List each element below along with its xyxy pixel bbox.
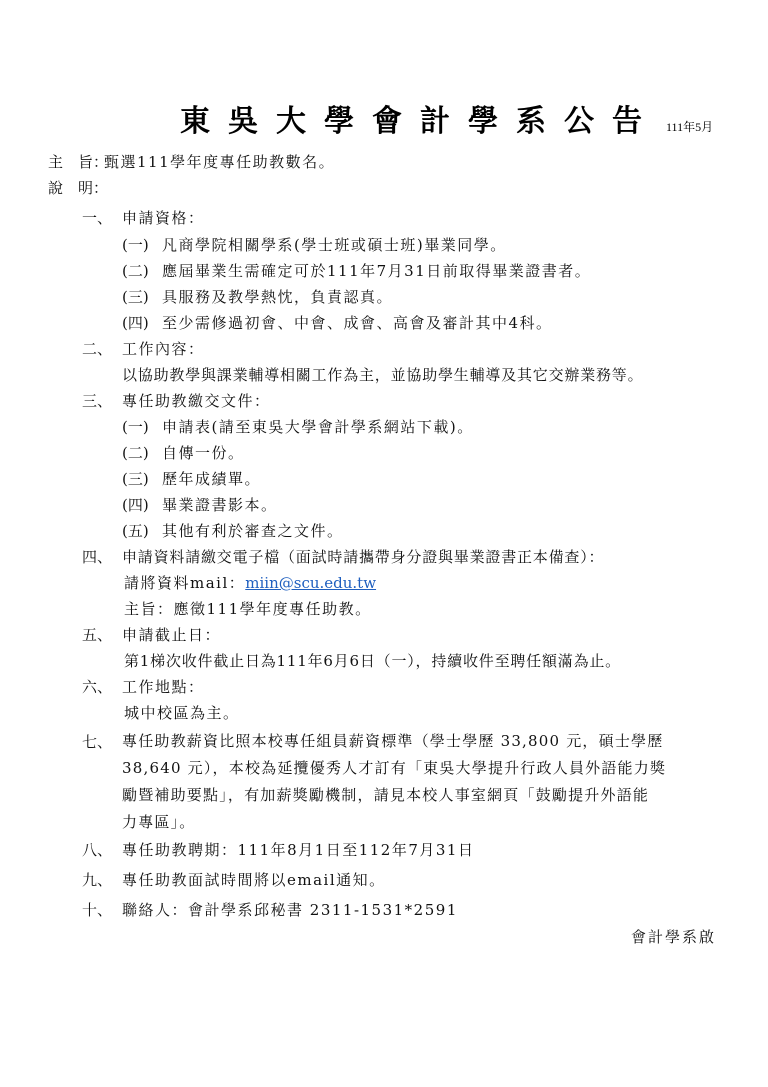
announcement-page: 東吳大學會計學系公告 111年5月 主旨：甄選111學年度專任助教數名。 說明：… [0, 0, 768, 1087]
section-4-mail-subject: 主旨：應徵111學年度專任助教。 [124, 599, 372, 619]
explain-label: 說明： [48, 178, 104, 198]
section-3-heading: 三、專任助教繳交文件： [82, 391, 271, 411]
document-date: 111年5月 [666, 118, 713, 135]
email-link[interactable]: miin@scu.edu.tw [245, 574, 376, 592]
section-3-item-2: (二)自傳一份。 [122, 443, 245, 463]
section-1-heading: 一、申請資格： [82, 208, 205, 228]
section-6-heading: 六、工作地點： [82, 677, 205, 697]
subject-line: 主旨：甄選111學年度專任助教數名。 [48, 152, 335, 172]
subject-text: 甄選111學年度專任助教數名。 [104, 153, 335, 171]
section-6-body: 城中校區為主。 [124, 703, 240, 723]
section-2-body: 以協助教學與課業輔導相關工作為主，並協助學生輔導及其它交辦業務等。 [122, 365, 643, 385]
section-3-item-4: (四)畢業證書影本。 [122, 495, 278, 515]
section-3-item-1: (一)申請表(請至東吳大學會計學系網站下載)。 [122, 417, 474, 437]
section-3-item-5: (五)其他有利於審查之文件。 [122, 521, 344, 541]
title-row: 東吳大學會計學系公告 111年5月 [180, 96, 740, 140]
explain-line: 說明： [48, 178, 104, 198]
section-9: 九、專任助教面試時間將以email通知。 [82, 870, 386, 890]
section-5-body: 第1梯次收件截止日為111年6月6日（一），持續收件至聘任額滿為止。 [124, 651, 621, 671]
subject-label: 主旨： [48, 152, 104, 172]
section-10: 十、聯絡人：會計學系邱秘書 2311-1531*2591 [82, 900, 458, 920]
section-7-body: 專任助教薪資比照本校專任組員薪資標準（學士學歷 33,800 元，碩士學歷 38… [122, 728, 666, 836]
signature: 會計學系啟 [631, 926, 716, 947]
section-1-item-3: (三)具服務及教學熱忱，負責認真。 [122, 287, 393, 307]
section-4-mail-line: 請將資料mail：miin@scu.edu.tw [124, 573, 376, 593]
section-7-line-4: 力專區」。 [122, 809, 666, 836]
section-4-heading: 四、申請資料請繳交電子檔（面試時請攜帶身分證與畢業證書正本備查）： [82, 547, 604, 567]
section-8: 八、專任助教聘期：111年8月1日至112年7月31日 [82, 840, 474, 860]
section-7-line-3: 勵暨補助要點」，有加薪獎勵機制，請見本校人事室網頁「鼓勵提升外語能 [122, 782, 666, 809]
section-2-heading: 二、工作內容： [82, 339, 205, 359]
section-5-heading: 五、申請截止日： [82, 625, 221, 645]
section-7-num: 七、 [82, 732, 122, 752]
section-7-line-2: 38,640 元），本校為延攬優秀人才訂有「東吳大學提升行政人員外語能力獎 [122, 755, 666, 782]
document-title: 東吳大學會計學系公告 [180, 96, 660, 140]
section-7-line-1: 專任助教薪資比照本校專任組員薪資標準（學士學歷 33,800 元，碩士學歷 [122, 728, 666, 755]
section-1-item-1: (一)凡商學院相關學系(學士班或碩士班)畢業同學。 [122, 235, 507, 255]
mail-prefix: 請將資料mail： [124, 574, 245, 592]
section-3-item-3: (三)歷年成績單。 [122, 469, 261, 489]
section-1-item-4: (四)至少需修過初會、中會、成會、高會及審計其中4科。 [122, 313, 553, 333]
section-1-item-2: (二)應屆畢業生需確定可於111年7月31日前取得畢業證書者。 [122, 261, 591, 281]
